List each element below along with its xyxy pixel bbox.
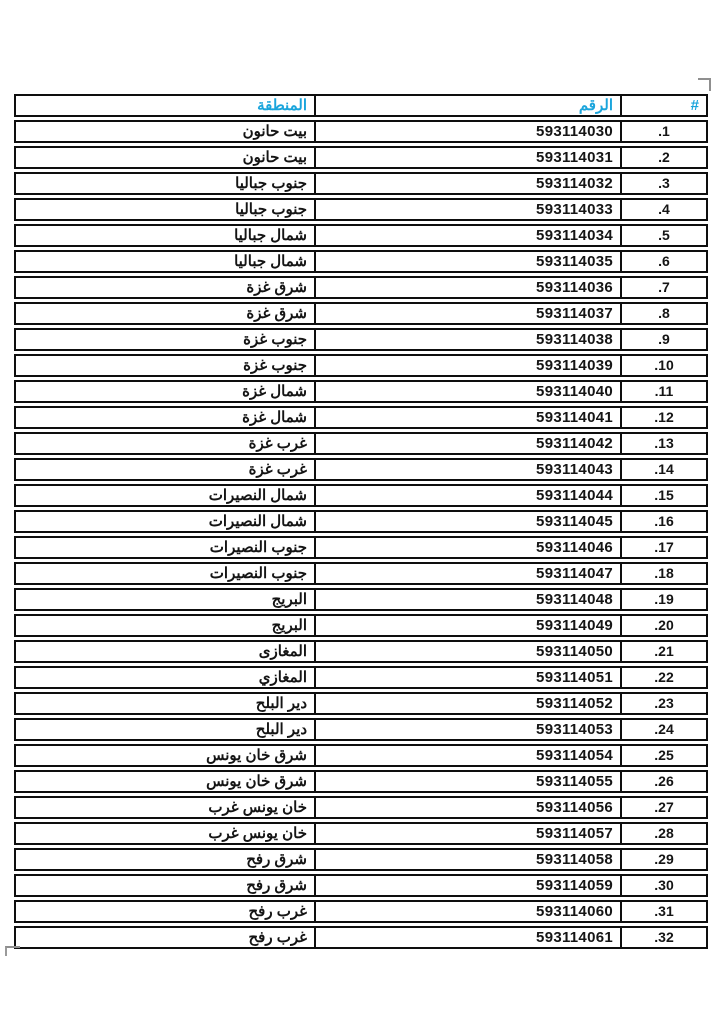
row-index-cell: 11.	[620, 380, 708, 403]
region-cell: شمال النصيرات	[14, 510, 314, 533]
region-cell: المغازى	[14, 640, 314, 663]
table-row: 7.593114036شرق غزة	[14, 276, 708, 299]
table-row: 17.593114046جنوب النصيرات	[14, 536, 708, 559]
phone-number-cell: 593114061	[314, 926, 620, 949]
table-row: 1.593114030بيت حانون	[14, 120, 708, 143]
header-index: #	[620, 94, 708, 117]
phone-number-cell: 593114056	[314, 796, 620, 819]
header-number: الرقم	[314, 94, 620, 117]
row-index-cell: 20.	[620, 614, 708, 637]
phone-directory-table: # الرقم المنطقة 1.593114030بيت حانون2.59…	[14, 91, 708, 952]
region-cell: دير البلح	[14, 692, 314, 715]
row-index-cell: 30.	[620, 874, 708, 897]
phone-number-cell: 593114031	[314, 146, 620, 169]
header-region: المنطقة	[14, 94, 314, 117]
table-row: 22.593114051المغازي	[14, 666, 708, 689]
phone-number-cell: 593114046	[314, 536, 620, 559]
phone-number-cell: 593114047	[314, 562, 620, 585]
phone-number-cell: 593114033	[314, 198, 620, 221]
region-cell: شمال غزة	[14, 380, 314, 403]
region-cell: غرب غزة	[14, 458, 314, 481]
phone-number-cell: 593114039	[314, 354, 620, 377]
table-row: 23.593114052دير البلح	[14, 692, 708, 715]
region-cell: جنوب النصيرات	[14, 536, 314, 559]
row-index-cell: 22.	[620, 666, 708, 689]
table-row: 3.593114032جنوب جباليا	[14, 172, 708, 195]
region-cell: شرق رفح	[14, 848, 314, 871]
phone-number-cell: 593114055	[314, 770, 620, 793]
table-row: 20.593114049البريج	[14, 614, 708, 637]
table-row: 4.593114033جنوب جباليا	[14, 198, 708, 221]
phone-number-cell: 593114053	[314, 718, 620, 741]
row-index-cell: 23.	[620, 692, 708, 715]
row-index-cell: 6.	[620, 250, 708, 273]
table-row: 6.593114035شمال جباليا	[14, 250, 708, 273]
row-index-cell: 7.	[620, 276, 708, 299]
table-row: 29.593114058شرق رفح	[14, 848, 708, 871]
table-row: 12.593114041شمال غزة	[14, 406, 708, 429]
row-index-cell: 15.	[620, 484, 708, 507]
table-header: # الرقم المنطقة	[14, 94, 708, 117]
region-cell: شرق خان يونس	[14, 770, 314, 793]
header-row: # الرقم المنطقة	[14, 94, 708, 117]
table-row: 26.593114055شرق خان يونس	[14, 770, 708, 793]
phone-number-cell: 593114034	[314, 224, 620, 247]
row-index-cell: 8.	[620, 302, 708, 325]
phone-number-cell: 593114060	[314, 900, 620, 923]
phone-number-cell: 593114050	[314, 640, 620, 663]
row-index-cell: 3.	[620, 172, 708, 195]
phone-number-cell: 593114051	[314, 666, 620, 689]
row-index-cell: 2.	[620, 146, 708, 169]
phone-number-cell: 593114036	[314, 276, 620, 299]
phone-number-cell: 593114057	[314, 822, 620, 845]
table-row: 9.593114038جنوب غزة	[14, 328, 708, 351]
region-cell: بيت حانون	[14, 146, 314, 169]
region-cell: جنوب جباليا	[14, 172, 314, 195]
phone-number-cell: 593114059	[314, 874, 620, 897]
row-index-cell: 25.	[620, 744, 708, 767]
region-cell: شرق غزة	[14, 302, 314, 325]
region-cell: جنوب غزة	[14, 354, 314, 377]
phone-number-cell: 593114032	[314, 172, 620, 195]
table-row: 24.593114053دير البلح	[14, 718, 708, 741]
region-cell: جنوب جباليا	[14, 198, 314, 221]
table-move-handle-icon	[698, 78, 711, 91]
row-index-cell: 1.	[620, 120, 708, 143]
region-cell: دير البلح	[14, 718, 314, 741]
table-row: 11.593114040شمال غزة	[14, 380, 708, 403]
document-page: { "page": { "colors": { "header_text": "…	[0, 0, 724, 1024]
phone-directory-table-wrap: # الرقم المنطقة 1.593114030بيت حانون2.59…	[14, 91, 708, 952]
region-cell: شمال جباليا	[14, 250, 314, 273]
row-index-cell: 19.	[620, 588, 708, 611]
table-row: 21.593114050المغازى	[14, 640, 708, 663]
row-index-cell: 16.	[620, 510, 708, 533]
row-index-cell: 13.	[620, 432, 708, 455]
region-cell: غرب غزة	[14, 432, 314, 455]
table-row: 8.593114037شرق غزة	[14, 302, 708, 325]
row-index-cell: 28.	[620, 822, 708, 845]
table-row: 19.593114048البريج	[14, 588, 708, 611]
table-body: 1.593114030بيت حانون2.593114031بيت حانون…	[14, 120, 708, 949]
phone-number-cell: 593114042	[314, 432, 620, 455]
phone-number-cell: 593114054	[314, 744, 620, 767]
phone-number-cell: 593114030	[314, 120, 620, 143]
row-index-cell: 31.	[620, 900, 708, 923]
table-row: 25.593114054شرق خان يونس	[14, 744, 708, 767]
row-index-cell: 27.	[620, 796, 708, 819]
phone-number-cell: 593114037	[314, 302, 620, 325]
region-cell: شرق غزة	[14, 276, 314, 299]
table-row: 18.593114047جنوب النصيرات	[14, 562, 708, 585]
region-cell: البريج	[14, 614, 314, 637]
region-cell: جنوب غزة	[14, 328, 314, 351]
row-index-cell: 17.	[620, 536, 708, 559]
phone-number-cell: 593114058	[314, 848, 620, 871]
phone-number-cell: 593114045	[314, 510, 620, 533]
phone-number-cell: 593114035	[314, 250, 620, 273]
row-index-cell: 9.	[620, 328, 708, 351]
row-index-cell: 12.	[620, 406, 708, 429]
table-row: 32.593114061غرب رفح	[14, 926, 708, 949]
table-row: 28.593114057خان يونس غرب	[14, 822, 708, 845]
region-cell: شمال غزة	[14, 406, 314, 429]
row-index-cell: 4.	[620, 198, 708, 221]
region-cell: غرب رفح	[14, 926, 314, 949]
table-row: 14.593114043غرب غزة	[14, 458, 708, 481]
phone-number-cell: 593114049	[314, 614, 620, 637]
table-row: 27.593114056خان يونس غرب	[14, 796, 708, 819]
table-row: 30.593114059شرق رفح	[14, 874, 708, 897]
table-row: 2.593114031بيت حانون	[14, 146, 708, 169]
phone-number-cell: 593114038	[314, 328, 620, 351]
region-cell: شرق خان يونس	[14, 744, 314, 767]
region-cell: غرب رفح	[14, 900, 314, 923]
row-index-cell: 14.	[620, 458, 708, 481]
phone-number-cell: 593114043	[314, 458, 620, 481]
region-cell: بيت حانون	[14, 120, 314, 143]
region-cell: شمال جباليا	[14, 224, 314, 247]
phone-number-cell: 593114048	[314, 588, 620, 611]
phone-number-cell: 593114044	[314, 484, 620, 507]
region-cell: البريج	[14, 588, 314, 611]
row-index-cell: 21.	[620, 640, 708, 663]
row-index-cell: 5.	[620, 224, 708, 247]
row-index-cell: 18.	[620, 562, 708, 585]
region-cell: خان يونس غرب	[14, 822, 314, 845]
table-row: 13.593114042غرب غزة	[14, 432, 708, 455]
row-index-cell: 29.	[620, 848, 708, 871]
region-cell: شرق رفح	[14, 874, 314, 897]
phone-number-cell: 593114041	[314, 406, 620, 429]
table-row: 31.593114060غرب رفح	[14, 900, 708, 923]
row-index-cell: 32.	[620, 926, 708, 949]
row-index-cell: 24.	[620, 718, 708, 741]
row-index-cell: 10.	[620, 354, 708, 377]
table-row: 16.593114045شمال النصيرات	[14, 510, 708, 533]
table-resize-handle-icon	[5, 946, 20, 956]
row-index-cell: 26.	[620, 770, 708, 793]
region-cell: المغازي	[14, 666, 314, 689]
table-row: 15.593114044شمال النصيرات	[14, 484, 708, 507]
table-row: 10.593114039جنوب غزة	[14, 354, 708, 377]
region-cell: جنوب النصيرات	[14, 562, 314, 585]
table-row: 5.593114034شمال جباليا	[14, 224, 708, 247]
region-cell: خان يونس غرب	[14, 796, 314, 819]
region-cell: شمال النصيرات	[14, 484, 314, 507]
phone-number-cell: 593114052	[314, 692, 620, 715]
phone-number-cell: 593114040	[314, 380, 620, 403]
